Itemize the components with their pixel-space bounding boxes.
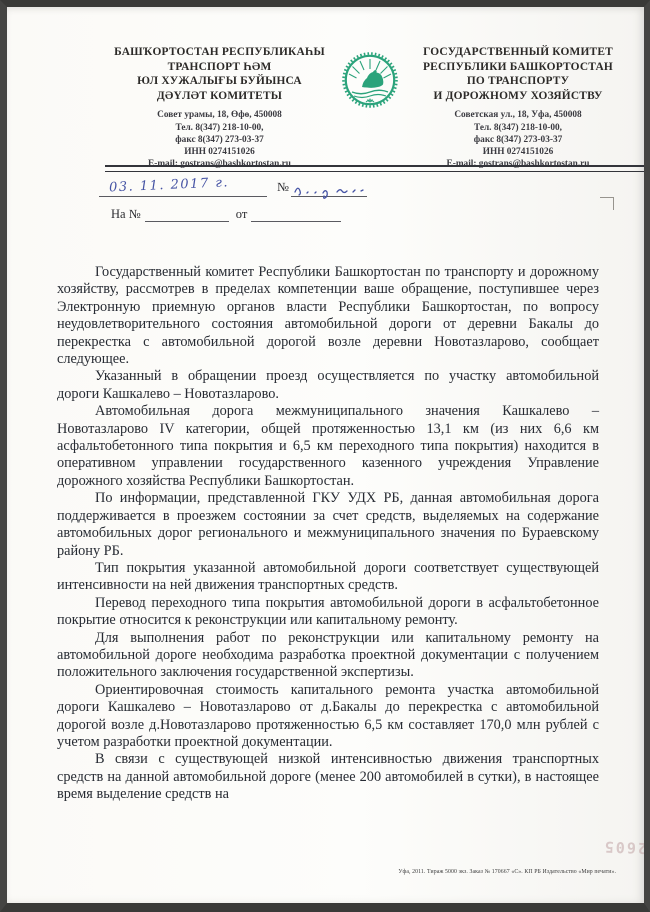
address-line: Совет урамы, 18, Өфө, 450008 — [107, 109, 332, 121]
address-line: Советская ул., 18, Уфа, 450008 — [413, 109, 623, 121]
org-title-bashkir: БАШҠОРТОСТАН РЕСПУБЛИКАҺЫ ТРАНСПОРТ ҺӘМ … — [107, 45, 332, 103]
org-title-line: ПО ТРАНСПОРТУ — [413, 74, 623, 89]
inn-line: ИНН 0274151026 — [107, 146, 332, 158]
phone-line: Тел. 8(347) 218-10-00, — [107, 122, 332, 134]
phone-line: Тел. 8(347) 218-10-00, — [413, 122, 623, 134]
org-address-bashkir: Совет урамы, 18, Өфө, 450008 Тел. 8(347)… — [107, 109, 332, 170]
org-title-line: И ДОРОЖНОМУ ХОЗЯЙСТВУ — [413, 89, 623, 104]
print-shop-imprint: Уфа, 2011. Тираж 5000 экз. Заказ № 17066… — [296, 869, 616, 875]
org-title-line: ЮЛ ХУЖАЛЫҒЫ БУЙЫНСА — [107, 74, 332, 89]
from-label: от — [236, 207, 248, 221]
org-title-russian: ГОСУДАРСТВЕННЫЙ КОМИТЕТ РЕСПУБЛИКИ БАШКО… — [413, 45, 623, 103]
org-title-line: БАШҠОРТОСТАН РЕСПУБЛИКАҺЫ — [107, 45, 332, 60]
fax-line: факс 8(347) 273-03-37 — [107, 134, 332, 146]
org-title-line: РЕСПУБЛИКИ БАШКОРТОСТАН — [413, 60, 623, 75]
letterhead-bashkir-block: БАШҠОРТОСТАН РЕСПУБЛИКАҺЫ ТРАНСПОРТ ҺӘМ … — [107, 45, 332, 170]
on-number-underline — [145, 208, 229, 222]
horseman-silhouette — [362, 70, 383, 88]
paragraph: Автомобильная дорога межмуниципального з… — [57, 403, 599, 490]
paragraph: Ориентировочная стоимость капитального р… — [57, 682, 599, 752]
paragraph: Тип покрытия указанной автомобильной дор… — [57, 560, 599, 595]
number-sign-label: № — [277, 180, 289, 195]
paragraph: Для выполнения работ по реконструкции ил… — [57, 630, 599, 682]
org-title-line: ДӘҮЛӘТ КОМИТЕТЫ — [107, 89, 332, 104]
paragraph: По информации, представленной ГКУ УДХ РБ… — [57, 490, 599, 560]
letterhead-russian-block: ГОСУДАРСТВЕННЫЙ КОМИТЕТ РЕСПУБЛИКИ БАШКО… — [413, 45, 623, 170]
coat-of-arms-icon — [340, 49, 400, 111]
paragraph: Перевод переходного типа покрытия автомо… — [57, 595, 599, 630]
addressee-corner-mark — [600, 197, 614, 210]
on-number-label: На № — [111, 207, 141, 221]
paragraph: В связи с существующей низкой интенсивно… — [57, 751, 599, 803]
from-underline — [251, 208, 341, 222]
org-title-line: ТРАНСПОРТ ҺӘМ — [107, 60, 332, 75]
letterhead-divider-rule — [105, 165, 644, 172]
fax-line: факс 8(347) 273-03-37 — [413, 134, 623, 146]
org-title-line: ГОСУДАРСТВЕННЫЙ КОМИТЕТ — [413, 45, 623, 60]
paragraph: Государственный комитет Республики Башко… — [57, 264, 599, 368]
inn-line: ИНН 0274151026 — [413, 146, 623, 158]
handwritten-number-squiggle — [293, 183, 367, 204]
letter-body: Государственный комитет Республики Башко… — [57, 264, 599, 804]
paragraph: Указанный в обращении проезд осуществляе… — [57, 368, 599, 403]
scanned-letter: БАШҠОРТОСТАН РЕСПУБЛИКАҺЫ ТРАНСПОРТ ҺӘМ … — [0, 0, 650, 912]
bleed-through-stamp-digits: С42605 — [559, 836, 644, 858]
letter-page: БАШҠОРТОСТАН РЕСПУБЛИКАҺЫ ТРАНСПОРТ ҺӘМ … — [7, 7, 644, 903]
reference-to-line: На № от — [111, 207, 345, 222]
org-address-russian: Советская ул., 18, Уфа, 450008 Тел. 8(34… — [413, 109, 623, 170]
